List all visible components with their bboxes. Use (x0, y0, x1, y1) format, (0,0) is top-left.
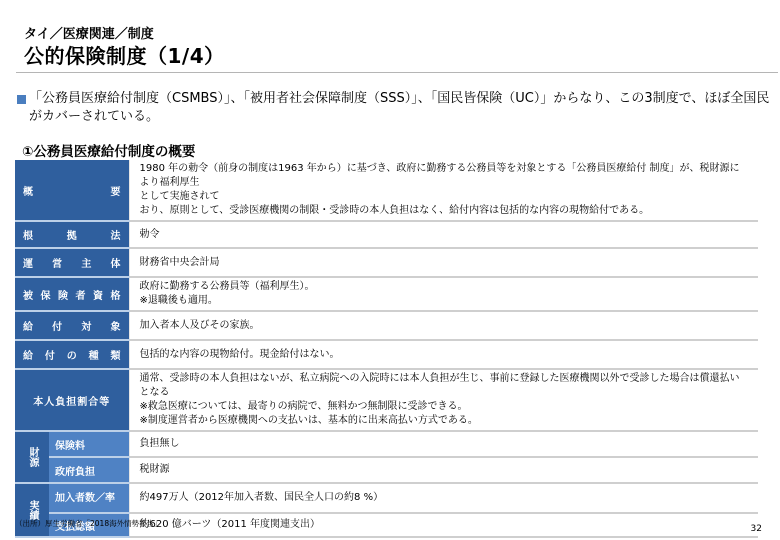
row-value-enrollment: 約497万人（2012年加入者数、国民全人口の約8 %） (129, 483, 758, 513)
row-value-benefit-type: 包括的な内容の現物給付。現金給付はない。 (129, 340, 758, 369)
header-char: 要 (111, 183, 121, 198)
value-line: 政府に勤務する公務員等（福利厚生）。 (140, 280, 749, 294)
source-note: （出所）厚生労働省「2018海外情勢報告」 (15, 518, 162, 529)
row-value-legal-basis: 勅令 (129, 221, 758, 248)
header-char: 拠 (67, 227, 77, 242)
header-char: 象 (110, 318, 120, 333)
header-char: 被 (23, 287, 33, 302)
header-char: 根 (23, 227, 33, 242)
table-row: 根拠法 勅令 (15, 221, 758, 248)
row-value-premium: 負担無し (129, 431, 758, 457)
table-row: 給付対象 加入者本人及びその家族。 (15, 311, 758, 340)
row-value-total-payment: 約620 億バーツ（2011 年度関連支出） (129, 513, 758, 537)
row-value-copayment: 通常、受診時の本人負担はないが、私立病院への入院時には本人負担が生じ、事前に登録… (129, 369, 758, 431)
row-header-benefit-type: 給付の種類 (15, 340, 129, 369)
square-bullet-icon (17, 95, 26, 104)
value-line: 1980 年の勅令（前身の制度は1963 年から）に基づき、政府に勤務する公務員… (140, 162, 749, 190)
row-header-copayment: 本人負担割合等 (15, 369, 129, 431)
header-char: 体 (110, 255, 120, 270)
value-line: 通常、受診時の本人負担はないが、私立病院への入院時には本人負担が生じ、事前に登録… (140, 372, 749, 400)
section-title: ①公務員医療給付制度の概要 (22, 140, 195, 160)
header-char: 付 (52, 318, 62, 333)
row-header-eligibility: 被保険者資格 (15, 277, 129, 311)
header-char: 種 (89, 347, 99, 362)
table-row: 政府負担 税財源 (15, 457, 758, 483)
table-row: 実績 加入者数／率 約497万人（2012年加入者数、国民全人口の約8 %） (15, 483, 758, 513)
header-char: 法 (111, 227, 121, 242)
value-line: ※救急医療については、最寄りの病院で、無料かつ無制限に受診できる。 (140, 400, 749, 414)
row-value-overview: 1980 年の勅令（前身の制度は1963 年から）に基づき、政府に勤務する公務員… (129, 160, 758, 221)
table-row: 給付の種類 包括的な内容の現物給付。現金給付はない。 (15, 340, 758, 369)
sub-header-enrollment: 加入者数／率 (49, 483, 129, 513)
row-value-eligibility: 政府に勤務する公務員等（福利厚生）。 ※退職後も適用。 (129, 277, 758, 311)
row-header-beneficiaries: 給付対象 (15, 311, 129, 340)
header-char: 格 (111, 287, 121, 302)
row-header-legal-basis: 根拠法 (15, 221, 129, 248)
page-number: 32 (751, 524, 762, 534)
row-value-beneficiaries: 加入者本人及びその家族。 (129, 311, 758, 340)
value-line: として実施されて (140, 190, 749, 204)
header-char: 概 (23, 183, 33, 198)
table-row: 財源 保険料 負担無し (15, 431, 758, 457)
header-char: 付 (45, 347, 55, 362)
row-header-operator: 運営主体 (15, 248, 129, 277)
header-char: 運 (23, 255, 33, 270)
lead-text: 「公務員医療給付制度（CSMBS）」、「被用者社会保障制度（SSS）」、「国民皆… (29, 90, 772, 126)
table-row: 概要 1980 年の勅令（前身の制度は1963 年から）に基づき、政府に勤務する… (15, 160, 758, 221)
group-header-funding: 財源 (15, 431, 49, 483)
header-char: 険 (58, 287, 68, 302)
header-char: の (67, 347, 77, 362)
overview-table: 概要 1980 年の勅令（前身の制度は1963 年から）に基づき、政府に勤務する… (15, 160, 758, 538)
table-row: 運営主体 財務省中央会計局 (15, 248, 758, 277)
header-char: 保 (41, 287, 51, 302)
header-char: 者 (76, 287, 86, 302)
sub-header-premium: 保険料 (49, 431, 129, 457)
header-char: 対 (81, 318, 91, 333)
lead-paragraph: 「公務員医療給付制度（CSMBS）」、「被用者社会保障制度（SSS）」、「国民皆… (17, 90, 772, 126)
row-value-operator: 財務省中央会計局 (129, 248, 758, 277)
value-line: おり、原則として、受診医療機関の制限・受診時の本人負担はなく、給付内容は包括的な… (140, 204, 749, 218)
row-header-overview: 概要 (15, 160, 129, 221)
header-char: 給 (23, 347, 33, 362)
table-row: 本人負担割合等 通常、受診時の本人負担はないが、私立病院への入院時には本人負担が… (15, 369, 758, 431)
header-char: 資 (93, 287, 103, 302)
row-value-government-share: 税財源 (129, 457, 758, 483)
value-line: ※制度運営者から医療機関への支払いは、基本的に出来高払い方式である。 (140, 414, 749, 428)
value-line: ※退職後も適用。 (140, 294, 749, 308)
sub-header-government-share: 政府負担 (49, 457, 129, 483)
header-char: 営 (52, 255, 62, 270)
header-char: 主 (81, 255, 91, 270)
header-char: 給 (23, 318, 33, 333)
table-row: 被保険者資格 政府に勤務する公務員等（福利厚生）。 ※退職後も適用。 (15, 277, 758, 311)
title-divider (16, 72, 778, 73)
page-title: 公的保険制度（1/4） (24, 40, 225, 69)
header-char: 類 (111, 347, 121, 362)
